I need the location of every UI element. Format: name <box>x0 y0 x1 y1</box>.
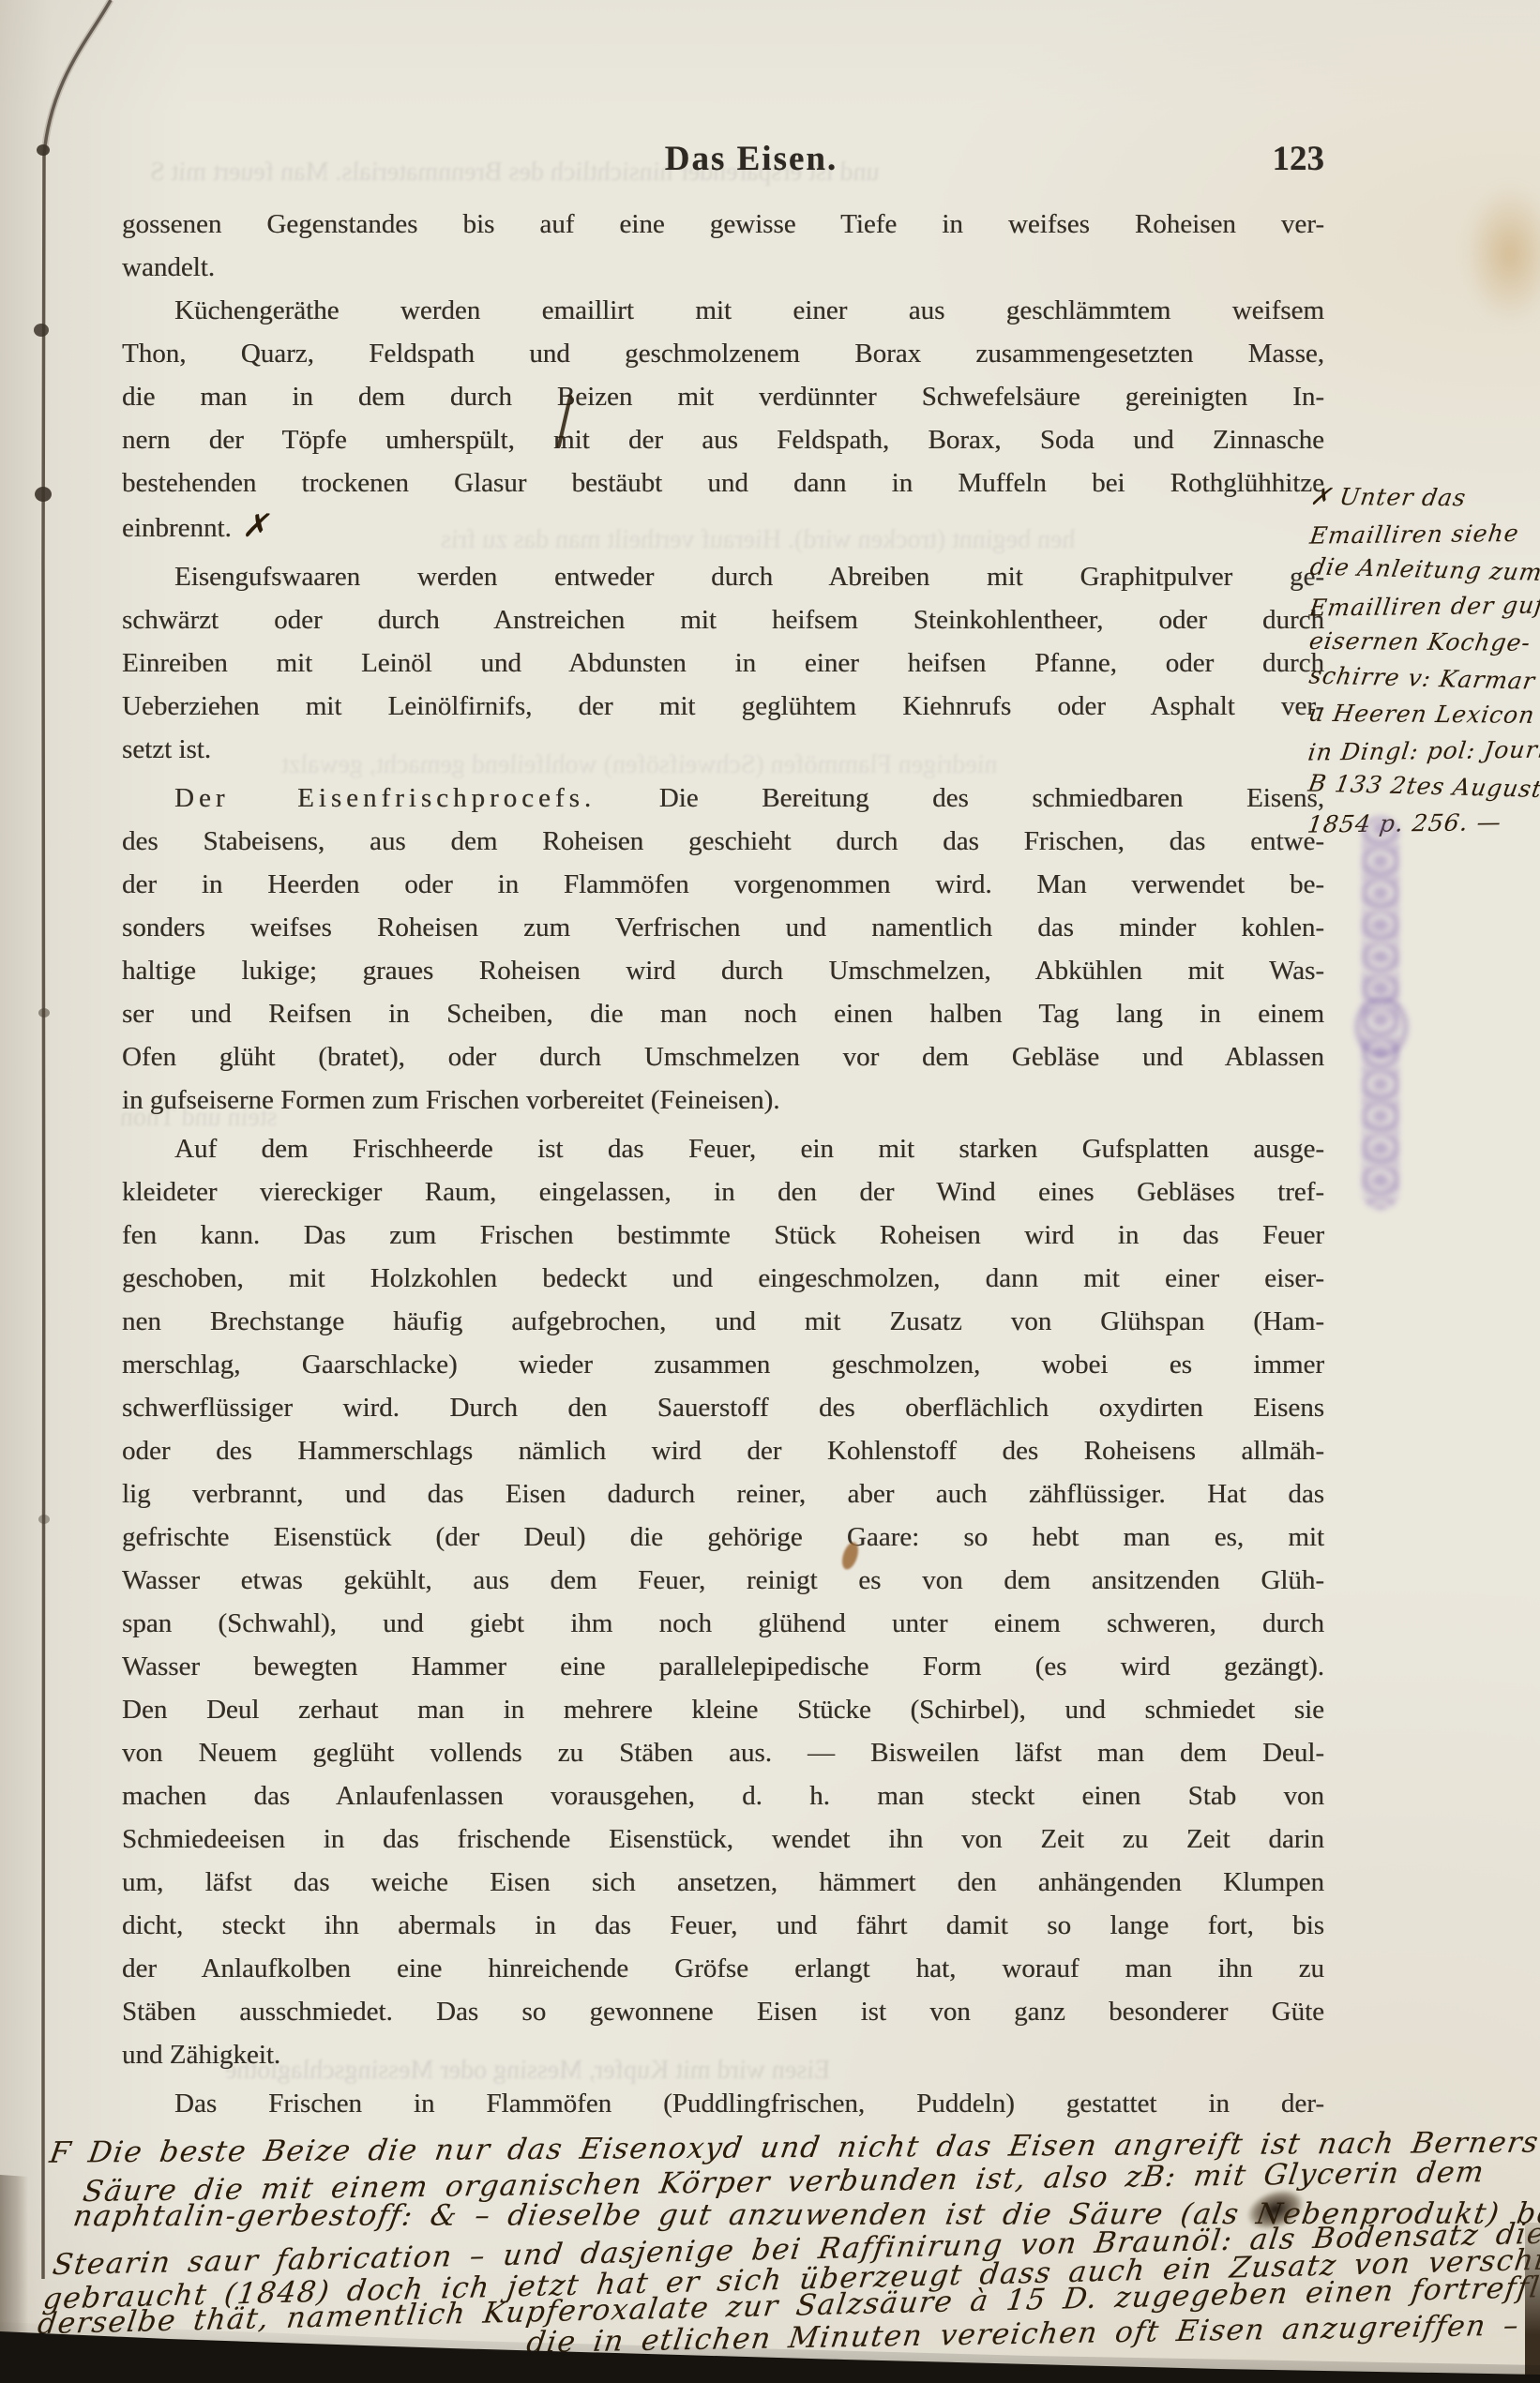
text-line: lig verbrannt, und das Eisen dadurch rei… <box>122 1472 1324 1516</box>
text-line: schwärzt oder durch Anstreichen mit heif… <box>122 598 1324 641</box>
text-line: Wasser bewegten Hammer eine parallelepip… <box>122 1645 1324 1688</box>
margin-annotation: ✗ Unter dasEmailliren siehedie Anleitung… <box>1307 479 1540 842</box>
paragraph: Eisengufswaaren werden entweder durch Ab… <box>122 555 1324 771</box>
text-line: und Zähigkeit. <box>122 2033 1324 2076</box>
margin-note-line: in Dingl: pol: Journ <box>1306 731 1540 771</box>
text-line: kleideter viereckiger Raum, eingelassen,… <box>122 1170 1324 1214</box>
text-line: der Anlaufkolben eine hinreichende Gröfs… <box>122 1947 1324 1990</box>
binding-gutter <box>0 0 159 2383</box>
text-line: Ofen glüht (bratet), oder durch Umschmel… <box>122 1035 1324 1078</box>
text-line: geschoben, mit Holzkohlen bedeckt und ei… <box>122 1257 1324 1300</box>
book-page-scan: und ist ersparender hinsichtlich des Bre… <box>0 0 1540 2383</box>
text-line: Einreiben mit Leinöl und Abdunsten in ei… <box>122 641 1324 685</box>
text-line: von Neuem geglüht vollends zu Stäben aus… <box>122 1731 1324 1774</box>
text-line: sonders weifses Roheisen zum Verfrischen… <box>122 906 1324 949</box>
paragraph: Auf dem Frischheerde ist das Feuer, ein … <box>122 1127 1324 2076</box>
text-line: Küchengeräthe werden emaillirt mit einer… <box>122 289 1324 332</box>
margin-note-line: ✗ Unter das <box>1308 479 1540 518</box>
text-line: Wasser etwas gekühlt, aus dem Feuer, rei… <box>122 1559 1324 1602</box>
page-number: 123 <box>1273 139 1325 179</box>
text-line: gossenen Gegenstandes bis auf eine gewis… <box>122 203 1324 246</box>
text-line: bestehenden trockenen Glasur bestäubt un… <box>122 461 1324 505</box>
text-line: gefrischte Eisenstück (der Deul) die geh… <box>122 1516 1324 1559</box>
text-line: machen das Anlaufenlassen vorausgehen, d… <box>122 1774 1324 1817</box>
hand-x-mark: ✗ <box>232 507 268 545</box>
margin-note-line: 1854 p. 256. — <box>1306 804 1540 843</box>
text-line: Stäben ausschmiedet. Das so gewonnene Ei… <box>122 1990 1324 2033</box>
text-line: schwerflüssiger wird. Durch den Sauersto… <box>122 1386 1324 1429</box>
text-line: haltige lukige; graues Roheisen wird dur… <box>122 949 1324 992</box>
margin-note-line: Emailliren siehe <box>1307 515 1540 554</box>
text-line: Schmiedeeisen in das frischende Eisenstü… <box>122 1817 1324 1861</box>
text-line: Das Frischen in Flammöfen (Puddlingfrisc… <box>122 2082 1324 2125</box>
page-header: Das Eisen. 123 <box>122 139 1324 186</box>
text-line: Den Deul zerhaut man in mehrere kleine S… <box>122 1688 1324 1731</box>
page-edge-left <box>0 2175 28 2341</box>
margin-note-line: eisernen Kochge- <box>1306 624 1540 662</box>
margin-note-line: u Heeren Lexicon — <box>1306 696 1540 734</box>
paragraph: gossenen Gegenstandes bis auf eine gewis… <box>122 203 1324 289</box>
text-line: nen Brechstange häufig aufgebrochen, und… <box>122 1300 1324 1343</box>
text-line: des Stabeisens, aus dem Roheisen geschie… <box>122 820 1324 863</box>
paragraph: Küchengeräthe werden emaillirt mit einer… <box>122 289 1324 550</box>
text-line: Auf dem Frischheerde ist das Feuer, ein … <box>122 1127 1324 1170</box>
text-line: fen kann. Das zum Frischen bestimmte Stü… <box>122 1214 1324 1257</box>
text-line: wandelt. <box>122 246 1324 289</box>
text-line: Eisengufswaaren werden entweder durch Ab… <box>122 555 1324 598</box>
text-line: ser und Reifsen in Scheiben, die man noc… <box>122 992 1324 1035</box>
footnote-annotation: Ϝ Die beste Beize die nur das Eisenoxyd … <box>38 2125 1540 2358</box>
text-line: der in Heerden oder in Flammöfen vorgeno… <box>122 863 1324 906</box>
text-line: dicht, steckt ihn abermals in das Feuer,… <box>122 1904 1324 1947</box>
text-line: merschlag, Gaarschlacke) wieder zusammen… <box>122 1343 1324 1386</box>
text-line: Der Eisenfrischprocefs. Die Bereitung de… <box>122 777 1324 820</box>
text-line: nern der Töpfe umherspült, mit der aus F… <box>122 418 1324 461</box>
margin-note-line: die Anleitung zum <box>1307 550 1540 593</box>
margin-note-line: B 133 2tes Augusthef <box>1306 765 1540 808</box>
paragraph: Das Frischen in Flammöfen (Puddlingfrisc… <box>122 2082 1324 2125</box>
text-line: die man in dem durch Beizen mit verdünnt… <box>122 375 1324 418</box>
paper-stain <box>1463 184 1540 324</box>
margin-note-line: Emailliren der gufs <box>1307 587 1540 626</box>
spaced-lead-phrase: Der Eisenfrischprocefs. <box>174 783 596 813</box>
text-line: Ueberziehen mit Leinölfirnifs, der mit g… <box>122 685 1324 728</box>
library-stamp-ring <box>1354 996 1409 1058</box>
text-line: einbrennt. ✗ <box>122 505 1324 550</box>
margin-note-line: schirre v: Karmar <box>1306 657 1540 701</box>
text-line: oder des Hammerschlags nämlich wird der … <box>122 1429 1324 1472</box>
text-line: span (Schwahl), und giebt ihm noch glühe… <box>122 1602 1324 1645</box>
page-edge-right <box>1525 2223 1540 2383</box>
paragraph: Der Eisenfrischprocefs. Die Bereitung de… <box>122 777 1324 1122</box>
printed-text: gossenen Gegenstandes bis auf eine gewis… <box>122 203 1324 2125</box>
text-line: um, läfst das weiche Eisen sich ansetzen… <box>122 1861 1324 1904</box>
page-title: Das Eisen. <box>122 139 1324 179</box>
text-line: Thon, Quarz, Feldspath und geschmolzenem… <box>122 332 1324 375</box>
text-line: setzt ist. <box>122 728 1324 771</box>
text-line: in gufseiserne Formen zum Frischen vorbe… <box>122 1078 1324 1122</box>
